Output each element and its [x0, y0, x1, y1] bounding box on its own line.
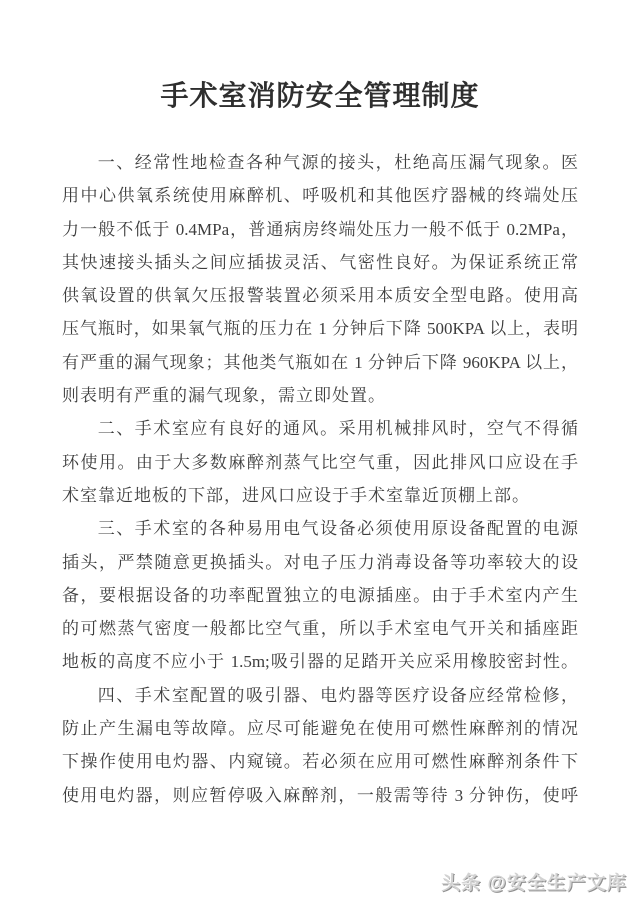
- text-line: 的可燃蒸气密度一般都比空气重，所以手术室电气开关和插座距: [62, 612, 578, 645]
- text-line: 插头，严禁随意更换插头。对电子压力消毒设备等功率较大的设: [62, 546, 578, 579]
- text-line: 二、手术室应有良好的通风。采用机械排风时，空气不得循: [62, 412, 578, 445]
- text-line: 其快速接头插头之间应插拔灵活、气密性良好。为保证系统正常: [62, 246, 578, 279]
- text-line: 使用电灼器，则应暂停吸入麻醉剂，一般需等待 3 分钟伤，使呼: [62, 779, 578, 812]
- text-line: 术室靠近地板的下部，进风口应设于手术室靠近顶棚上部。: [62, 479, 578, 512]
- text-line: 供氧设置的供氧欠压报警装置必须采用本质安全型电路。使用高: [62, 279, 578, 312]
- document-page: 手术室消防安全管理制度 一、经常性地检查各种气源的接头，杜绝高压漏气现象。医用中…: [0, 0, 640, 906]
- text-line: 压气瓶时，如果氧气瓶的压力在 1 分钟后下降 500KPA 以上，表明: [62, 312, 578, 345]
- text-line: 用中心供氧系统使用麻醉机、呼吸机和其他医疗器械的终端处压: [62, 179, 578, 212]
- paragraph: 四、手术室配置的吸引器、电灼器等医疗设备应经常检修，防止产生漏电等故障。应尽可能…: [62, 679, 578, 812]
- text-line: 三、手术室的各种易用电气设备必须使用原设备配置的电源: [62, 512, 578, 545]
- text-line: 一、经常性地检查各种气源的接头，杜绝高压漏气现象。医: [62, 146, 578, 179]
- text-line: 有严重的漏气现象；其他类气瓶如在 1 分钟后下降 960KPA 以上，: [62, 346, 578, 379]
- paragraph: 三、手术室的各种易用电气设备必须使用原设备配置的电源插头，严禁随意更换插头。对电…: [62, 512, 578, 678]
- text-line: 则表明有严重的漏气现象，需立即处置。: [62, 379, 578, 412]
- document-body: 一、经常性地检查各种气源的接头，杜绝高压漏气现象。医用中心供氧系统使用麻醉机、呼…: [62, 146, 578, 812]
- text-line: 防止产生漏电等故障。应尽可能避免在使用可燃性麻醉剂的情况: [62, 712, 578, 745]
- paragraph: 二、手术室应有良好的通风。采用机械排风时，空气不得循环使用。由于大多数麻醉剂蒸气…: [62, 412, 578, 512]
- paragraph: 一、经常性地检查各种气源的接头，杜绝高压漏气现象。医用中心供氧系统使用麻醉机、呼…: [62, 146, 578, 412]
- page-title: 手术室消防安全管理制度: [0, 74, 640, 114]
- text-line: 环使用。由于大多数麻醉剂蒸气比空气重，因此排风口应设在手: [62, 446, 578, 479]
- text-line: 地板的高度不应小于 1.5m;吸引器的足踏开关应采用橡胶密封性。: [62, 645, 578, 678]
- text-line: 备，要根据设备的功率配置独立的电源插座。由于手术室内产生: [62, 579, 578, 612]
- text-line: 力一般不低于 0.4MPa，普通病房终端处压力一般不低于 0.2MPa，: [62, 213, 578, 246]
- watermark: 头条 @安全生产文库: [441, 868, 627, 895]
- text-line: 四、手术室配置的吸引器、电灼器等医疗设备应经常检修，: [62, 679, 578, 712]
- text-line: 下操作使用电灼器、内窥镜。若必须在应用可燃性麻醉剂条件下: [62, 745, 578, 778]
